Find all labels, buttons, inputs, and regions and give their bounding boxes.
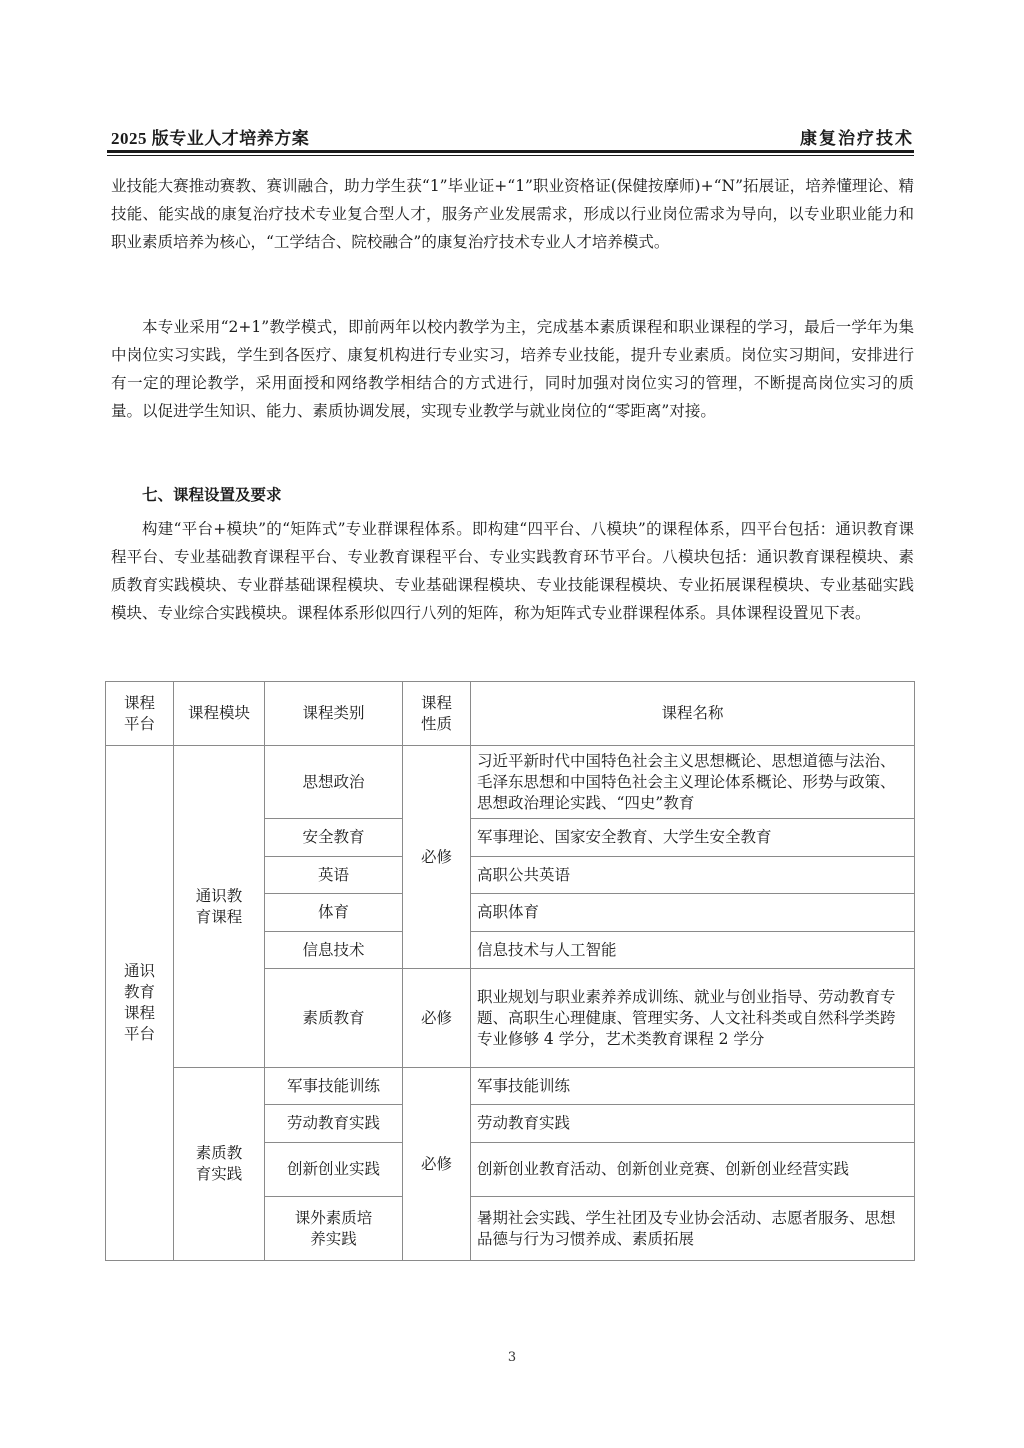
- cell-nature: 必修: [403, 746, 471, 969]
- header-rule-thick: [107, 150, 914, 153]
- paragraph-continued: 业技能大赛推动赛教、赛训融合，助力学生获“1”毕业证+“1”职业资格证(保健按摩…: [111, 172, 914, 256]
- cell-category: 创新创业实践: [265, 1143, 403, 1197]
- paragraph-text: 构建“平台+模块”的“矩阵式”专业群课程体系。即构建“四平台、八模块”的课程体系…: [111, 515, 914, 627]
- cell-courses: 职业规划与职业素养养成训练、就业与创业指导、劳动教育专题、高职生心理健康、管理实…: [471, 969, 915, 1068]
- cell-category: 思想政治: [265, 746, 403, 819]
- header-module: 课程模块: [174, 682, 265, 746]
- cell-category: 军事技能训练: [265, 1068, 403, 1105]
- cell-category: 体育: [265, 894, 403, 932]
- cell-courses: 信息技术与人工智能: [471, 932, 915, 969]
- header-program-name: 康复治疗技术: [800, 124, 914, 149]
- cell-category: 劳动教育实践: [265, 1105, 403, 1143]
- section-heading: 七、课程设置及要求: [142, 483, 282, 505]
- paragraph-curriculum-system: 构建“平台+模块”的“矩阵式”专业群课程体系。即构建“四平台、八模块”的课程体系…: [111, 515, 914, 627]
- cell-platform: 通识教育课程平台: [106, 746, 174, 1261]
- cell-nature: 必修: [403, 1068, 471, 1261]
- header-courses: 课程名称: [471, 682, 915, 746]
- table-row: 素质教育实践 军事技能训练 必修 军事技能训练: [106, 1068, 915, 1105]
- header-document-title: 2025 版专业人才培养方案: [111, 124, 309, 149]
- cell-category: 课外素质培养实践: [265, 1197, 403, 1261]
- cell-courses: 暑期社会实践、学生社团及专业协会活动、志愿者服务、思想品德与行为习惯养成、素质拓…: [471, 1197, 915, 1261]
- course-table: 课程平台 课程模块 课程类别 课程性质 课程名称 通识教育课程平台 通识教育课程…: [105, 681, 915, 1261]
- header-rule-thin: [107, 155, 914, 156]
- page-number: 3: [0, 1350, 1024, 1365]
- cell-module: 素质教育实践: [174, 1068, 265, 1261]
- cell-nature: 必修: [403, 969, 471, 1068]
- cell-courses: 习近平新时代中国特色社会主义思想概论、思想道德与法治、毛泽东思想和中国特色社会主…: [471, 746, 915, 819]
- cell-courses: 军事理论、国家安全教育、大学生安全教育: [471, 819, 915, 857]
- cell-courses: 军事技能训练: [471, 1068, 915, 1105]
- cell-category: 素质教育: [265, 969, 403, 1068]
- paragraph-teaching-mode: 本专业采用“2+1”教学模式，即前两年以校内教学为主，完成基本素质课程和职业课程…: [111, 313, 914, 425]
- cell-category: 安全教育: [265, 819, 403, 857]
- header-nature: 课程性质: [403, 682, 471, 746]
- cell-module: 通识教育课程: [174, 746, 265, 1068]
- cell-courses: 创新创业教育活动、创新创业竞赛、创新创业经营实践: [471, 1143, 915, 1197]
- paragraph-text: 本专业采用“2+1”教学模式，即前两年以校内教学为主，完成基本素质课程和职业课程…: [111, 313, 914, 425]
- page-header: 2025 版专业人才培养方案 康复治疗技术: [111, 124, 914, 150]
- cell-courses: 高职体育: [471, 894, 915, 932]
- header-platform: 课程平台: [106, 682, 174, 746]
- header-category: 课程类别: [265, 682, 403, 746]
- cell-courses: 高职公共英语: [471, 857, 915, 894]
- cell-category: 英语: [265, 857, 403, 894]
- table-header-row: 课程平台 课程模块 课程类别 课程性质 课程名称: [106, 682, 915, 746]
- table-row: 通识教育课程平台 通识教育课程 思想政治 必修 习近平新时代中国特色社会主义思想…: [106, 746, 915, 819]
- paragraph-text: 业技能大赛推动赛教、赛训融合，助力学生获“1”毕业证+“1”职业资格证(保健按摩…: [111, 172, 914, 256]
- cell-courses: 劳动教育实践: [471, 1105, 915, 1143]
- cell-category: 信息技术: [265, 932, 403, 969]
